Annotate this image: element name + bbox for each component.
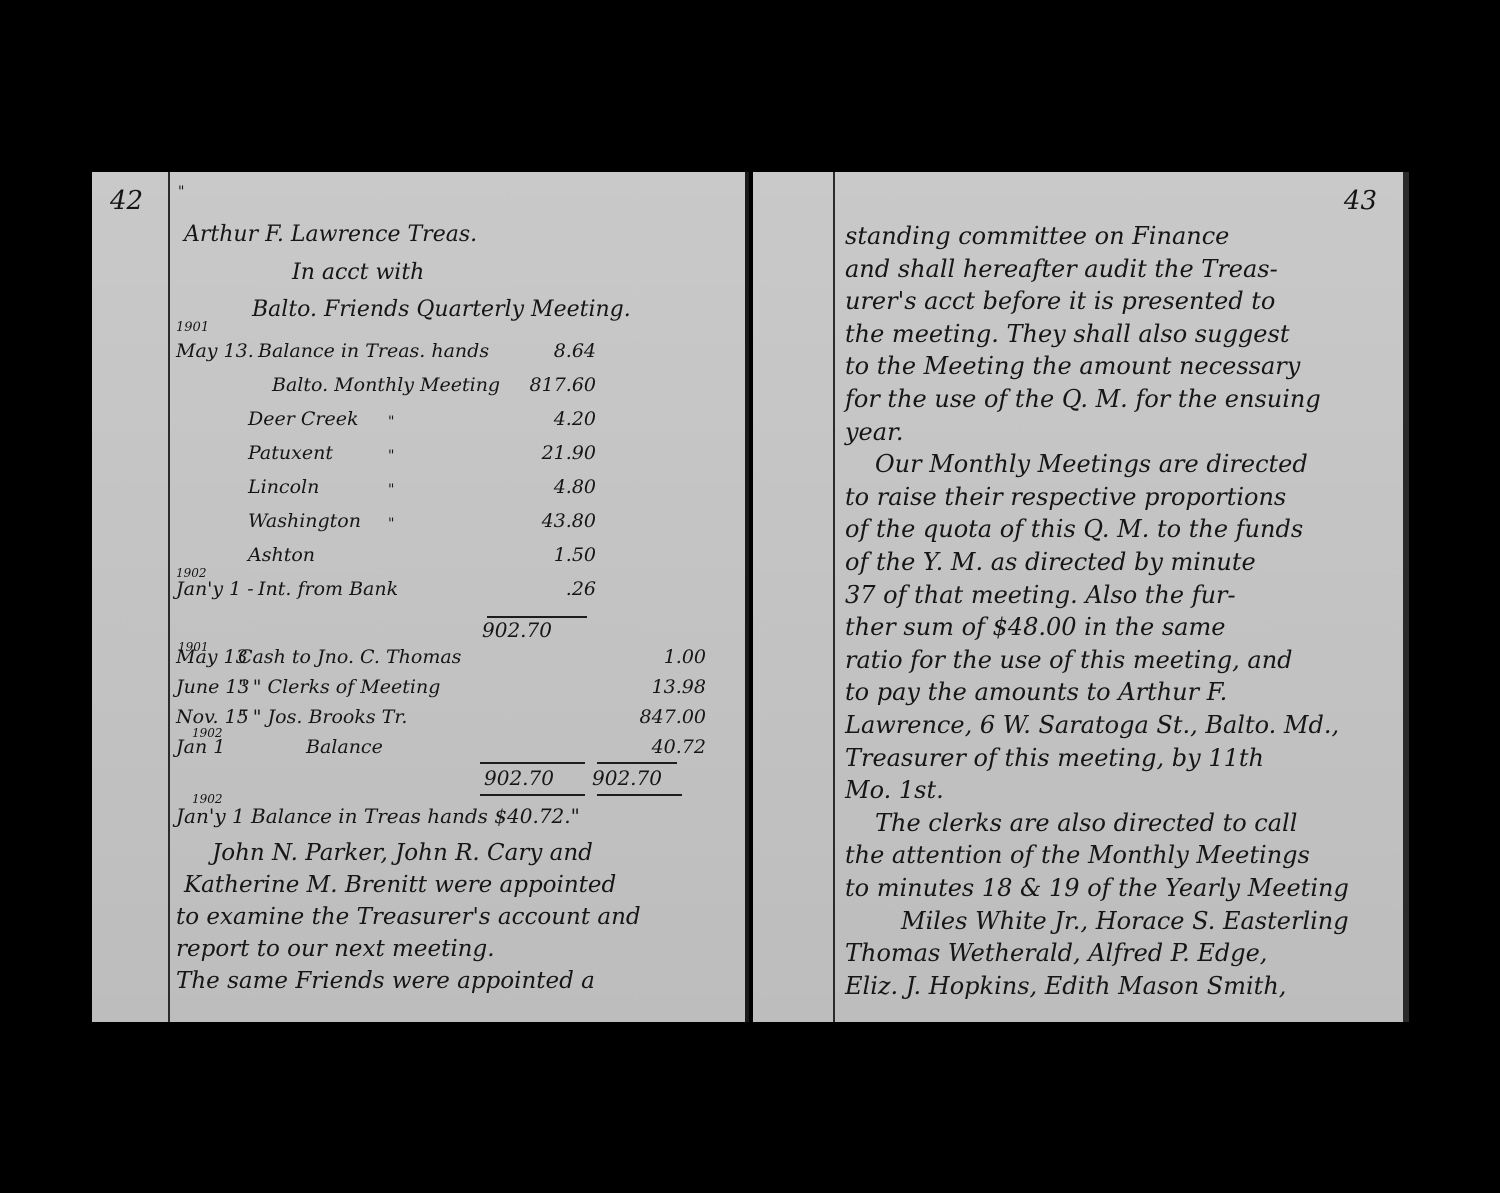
minute-line: report to our next meeting.: [176, 933, 495, 966]
payments-rule-left: [480, 762, 585, 764]
ledger-date: Jan'y 1 -: [176, 578, 256, 600]
minute-line: Mo. 1st.: [845, 774, 944, 807]
ledger-description: Deer Creek: [248, 408, 358, 430]
minute-line: John N. Parker, John R. Cary and: [212, 837, 593, 870]
receipts-year: 1901: [176, 320, 209, 335]
ledger-year: 1902: [176, 566, 207, 580]
minute-line: ther sum of $48.00 in the same: [845, 611, 1225, 644]
minute-line: Katherine M. Brenitt were appointed: [184, 869, 616, 902]
ledger-row: May 13.Balance in Treas. hands8.64: [176, 340, 745, 374]
minute-line: Our Monthly Meetings are directed: [875, 448, 1308, 481]
ledger-amount: 40.72: [596, 736, 706, 758]
ditto-mark: ": [388, 414, 394, 430]
margin-line: [833, 172, 835, 1022]
minute-line: urer's acct before it is presented to: [845, 285, 1275, 318]
minute-line: of the quota of this Q. M. to the funds: [845, 513, 1303, 546]
ledger-description: Balance in Treas. hands: [258, 340, 489, 362]
right-page: 43 standing committee on Financeand shal…: [753, 172, 1409, 1022]
ledger-row: Deer Creek"4.20: [176, 408, 745, 442]
left-page: 42 " Arthur F. Lawrence Treas. In acct w…: [92, 172, 749, 1022]
ledger-amount: 4.80: [486, 476, 596, 498]
minute-line: to the Meeting the amount necessary: [845, 350, 1300, 383]
ditto-mark: ": [388, 482, 394, 498]
heading-in-account: In acct with: [292, 260, 424, 285]
heading-treasurer: Arthur F. Lawrence Treas.: [184, 222, 477, 247]
minute-line: Miles White Jr., Horace S. Easterling: [901, 905, 1349, 938]
ledger-description: Int. from Bank: [258, 578, 398, 600]
minute-line: of the Y. M. as directed by minute: [845, 546, 1256, 579]
ledger-amount: 1.50: [486, 544, 596, 566]
minute-line: The clerks are also directed to call: [875, 807, 1297, 840]
payments-double-rule-left: [480, 794, 585, 796]
ledger-amount: 4.20: [486, 408, 596, 430]
ledger-description: " " Clerks of Meeting: [238, 676, 440, 698]
ledger-amount: 43.80: [486, 510, 596, 532]
ledger-description: Ashton: [248, 544, 315, 566]
ledger-amount: 817.60: [486, 374, 596, 396]
ledger-amount: 13.98: [596, 676, 706, 698]
minute-line: to minutes 18 & 19 of the Yearly Meeting: [845, 872, 1349, 905]
minute-line: The same Friends were appointed a: [176, 965, 595, 998]
ledger-row: June 13" " Clerks of Meeting13.98: [176, 676, 745, 710]
ledger-amount: 21.90: [486, 442, 596, 464]
minute-line: year.: [845, 416, 904, 449]
page-number-right: 43: [1344, 186, 1377, 216]
minute-line: the attention of the Monthly Meetings: [845, 839, 1310, 872]
ledger-row: Washington"43.80: [176, 510, 745, 544]
receipts-total: 902.70: [482, 618, 552, 642]
ledger-amount: 8.64: [486, 340, 596, 362]
ledger-date: May 13.: [176, 340, 256, 362]
minute-line: the meeting. They shall also suggest: [845, 318, 1289, 351]
ledger-amount: 847.00: [596, 706, 706, 728]
ledger-description: Lincoln: [248, 476, 319, 498]
minute-line: Eliz. J. Hopkins, Edith Mason Smith,: [845, 970, 1286, 1003]
ledger-description: Patuxent: [248, 442, 333, 464]
minute-line: for the use of the Q. M. for the ensuing: [845, 383, 1321, 416]
ledger-row: Balto. Monthly Meeting817.60: [176, 374, 745, 408]
ledger-description: Cash to Jno. C. Thomas: [238, 646, 461, 668]
minute-line: to pay the amounts to Arthur F.: [845, 676, 1227, 709]
minute-line: ratio for the use of this meeting, and: [845, 644, 1293, 677]
minute-line: Treasurer of this meeting, by 11th: [845, 742, 1264, 775]
ledger-row: Nov. 15" " Jos. Brooks Tr.847.00: [176, 706, 745, 740]
ledger-description: Balance: [306, 736, 383, 758]
minute-line: 37 of that meeting. Also the fur-: [845, 579, 1236, 612]
ledger-row: Jan 1Balance40.721902: [176, 736, 745, 770]
payments-double-rule-right: [597, 794, 682, 796]
ledger-row: Jan'y 1 -Int. from Bank.261902: [176, 578, 745, 612]
opening-quote-mark: ": [178, 184, 184, 200]
ditto-mark: ": [388, 448, 394, 464]
ledger-year: 1902: [192, 726, 223, 740]
ledger-amount: 1.00: [596, 646, 706, 668]
ledger-row: May 13Cash to Jno. C. Thomas1.00: [176, 646, 745, 680]
minute-line: to examine the Treasurer's account and: [176, 901, 641, 934]
payments-total-right: 902.70: [592, 766, 662, 790]
ledger-description: Washington: [248, 510, 361, 532]
minute-line: and shall hereafter audit the Treas-: [845, 253, 1278, 286]
minute-line: standing committee on Finance: [845, 220, 1229, 253]
ledger-description: " " Jos. Brooks Tr.: [238, 706, 407, 728]
ledger-row: Ashton1.50: [176, 544, 745, 578]
heading-meeting: Balto. Friends Quarterly Meeting.: [252, 297, 631, 322]
minute-line: Thomas Wetherald, Alfred P. Edge,: [845, 937, 1267, 970]
ditto-mark: ": [388, 516, 394, 532]
ledger-row: Patuxent"21.90: [176, 442, 745, 476]
payments-total-left: 902.70: [484, 766, 554, 790]
minute-line: Lawrence, 6 W. Saratoga St., Balto. Md.,: [845, 709, 1339, 742]
margin-line: [168, 172, 170, 1022]
ledger-row: Lincoln"4.80: [176, 476, 745, 510]
page-number-left: 42: [110, 186, 143, 216]
ledger-description: Balto. Monthly Meeting: [272, 374, 500, 396]
payments-rule-right: [597, 762, 677, 764]
ledger-amount: .26: [486, 578, 596, 600]
minute-line: to raise their respective proportions: [845, 481, 1286, 514]
closing-balance: Jan'y 1 Balance in Treas hands $40.72.": [176, 804, 580, 828]
